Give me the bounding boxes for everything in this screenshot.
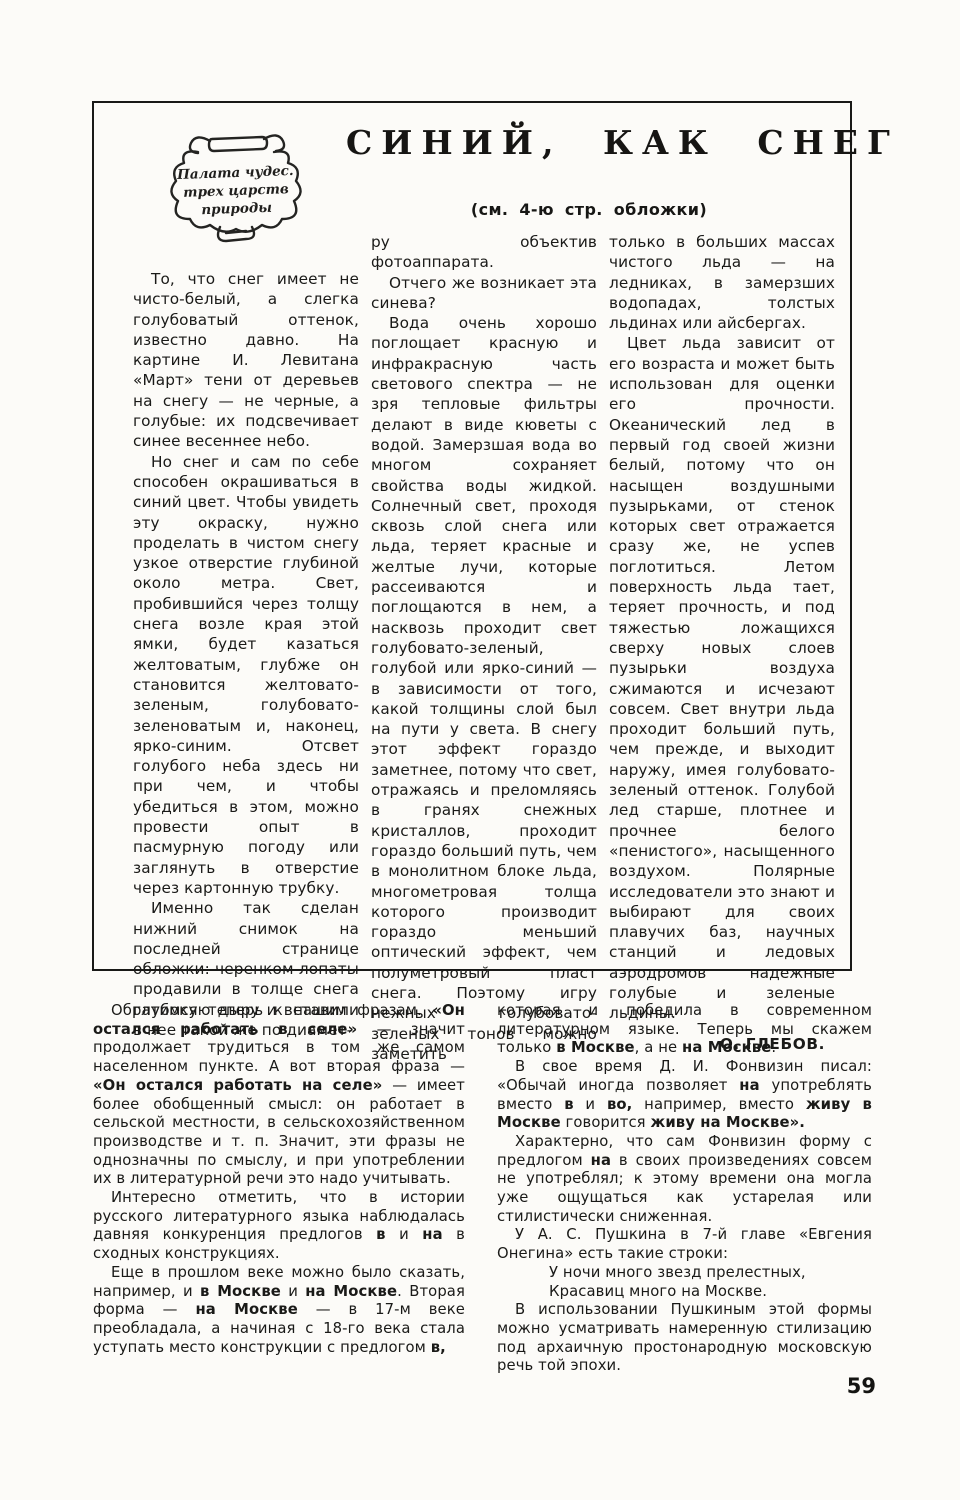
- paragraph: То, что снег имеет не чисто-белый, а сле…: [133, 269, 359, 452]
- paragraph: Еще в прошлом веке можно было сказать, н…: [93, 1264, 465, 1358]
- paragraph: Но снег и сам по себе способен окрашиват…: [133, 452, 359, 899]
- article-column-3: только в больших массах чистого льда — н…: [609, 232, 835, 1054]
- emblem-line-3: природы: [201, 200, 272, 218]
- scroll-cartouche-icon: Палата чудес. трех царств природы: [164, 129, 308, 251]
- paragraph: которая и победила в современном литерат…: [497, 1002, 872, 1058]
- paragraph: Отчего же возникает эта синева?: [371, 273, 597, 314]
- emblem-line-2: трех царств: [183, 181, 289, 201]
- verse-line: Красавиц много на Москве.: [549, 1283, 872, 1302]
- paragraph: Обратимся теперь к нашим фразам. «Он ост…: [93, 1002, 465, 1189]
- article-subtitle: (см. 4-ю стр. обложки): [346, 200, 832, 219]
- paragraph: ру объектив фотоаппарата.: [371, 232, 597, 273]
- article-column-2: ру объектив фотоаппарата.Отчего же возни…: [371, 232, 597, 1064]
- article-column-1: То, что снег имеет не чисто-белый, а сле…: [133, 269, 359, 1040]
- paragraph: Вода очень хорошо поглощает красную и ин…: [371, 313, 597, 1064]
- paragraph: Цвет льда зависит от его возраста и може…: [609, 333, 835, 1023]
- paragraph: В использовании Пушкиным этой формы можн…: [497, 1301, 872, 1376]
- page-number: 59: [836, 1374, 876, 1398]
- language-column-left: Обратимся теперь к нашим фразам. «Он ост…: [93, 1002, 465, 1357]
- magazine-page: Палата чудес. трех царств природы СИНИЙ,…: [0, 0, 960, 1500]
- emblem-line-1: Палата чудес.: [176, 163, 294, 183]
- paragraph: только в больших массах чистого льда — н…: [609, 232, 835, 333]
- rubric-scroll-emblem: Палата чудес. трех царств природы: [164, 129, 308, 251]
- language-column-right: которая и победила в современном литерат…: [497, 1002, 872, 1376]
- article-title: СИНИЙ, КАК СНЕГ: [346, 123, 832, 162]
- article-box: Палата чудес. трех царств природы СИНИЙ,…: [92, 101, 852, 971]
- verse-line: У ночи много звезд прелестных,: [549, 1264, 872, 1283]
- paragraph: Интересно отметить, что в истории русско…: [93, 1189, 465, 1264]
- paragraph: У А. С. Пушкина в 7-й главе «Евгения Оне…: [497, 1226, 872, 1263]
- paragraph: Характерно, что сам Фонвизин форму с пре…: [497, 1133, 872, 1227]
- paragraph: В свое время Д. И. Фонвизин писал: «Обыч…: [497, 1058, 872, 1133]
